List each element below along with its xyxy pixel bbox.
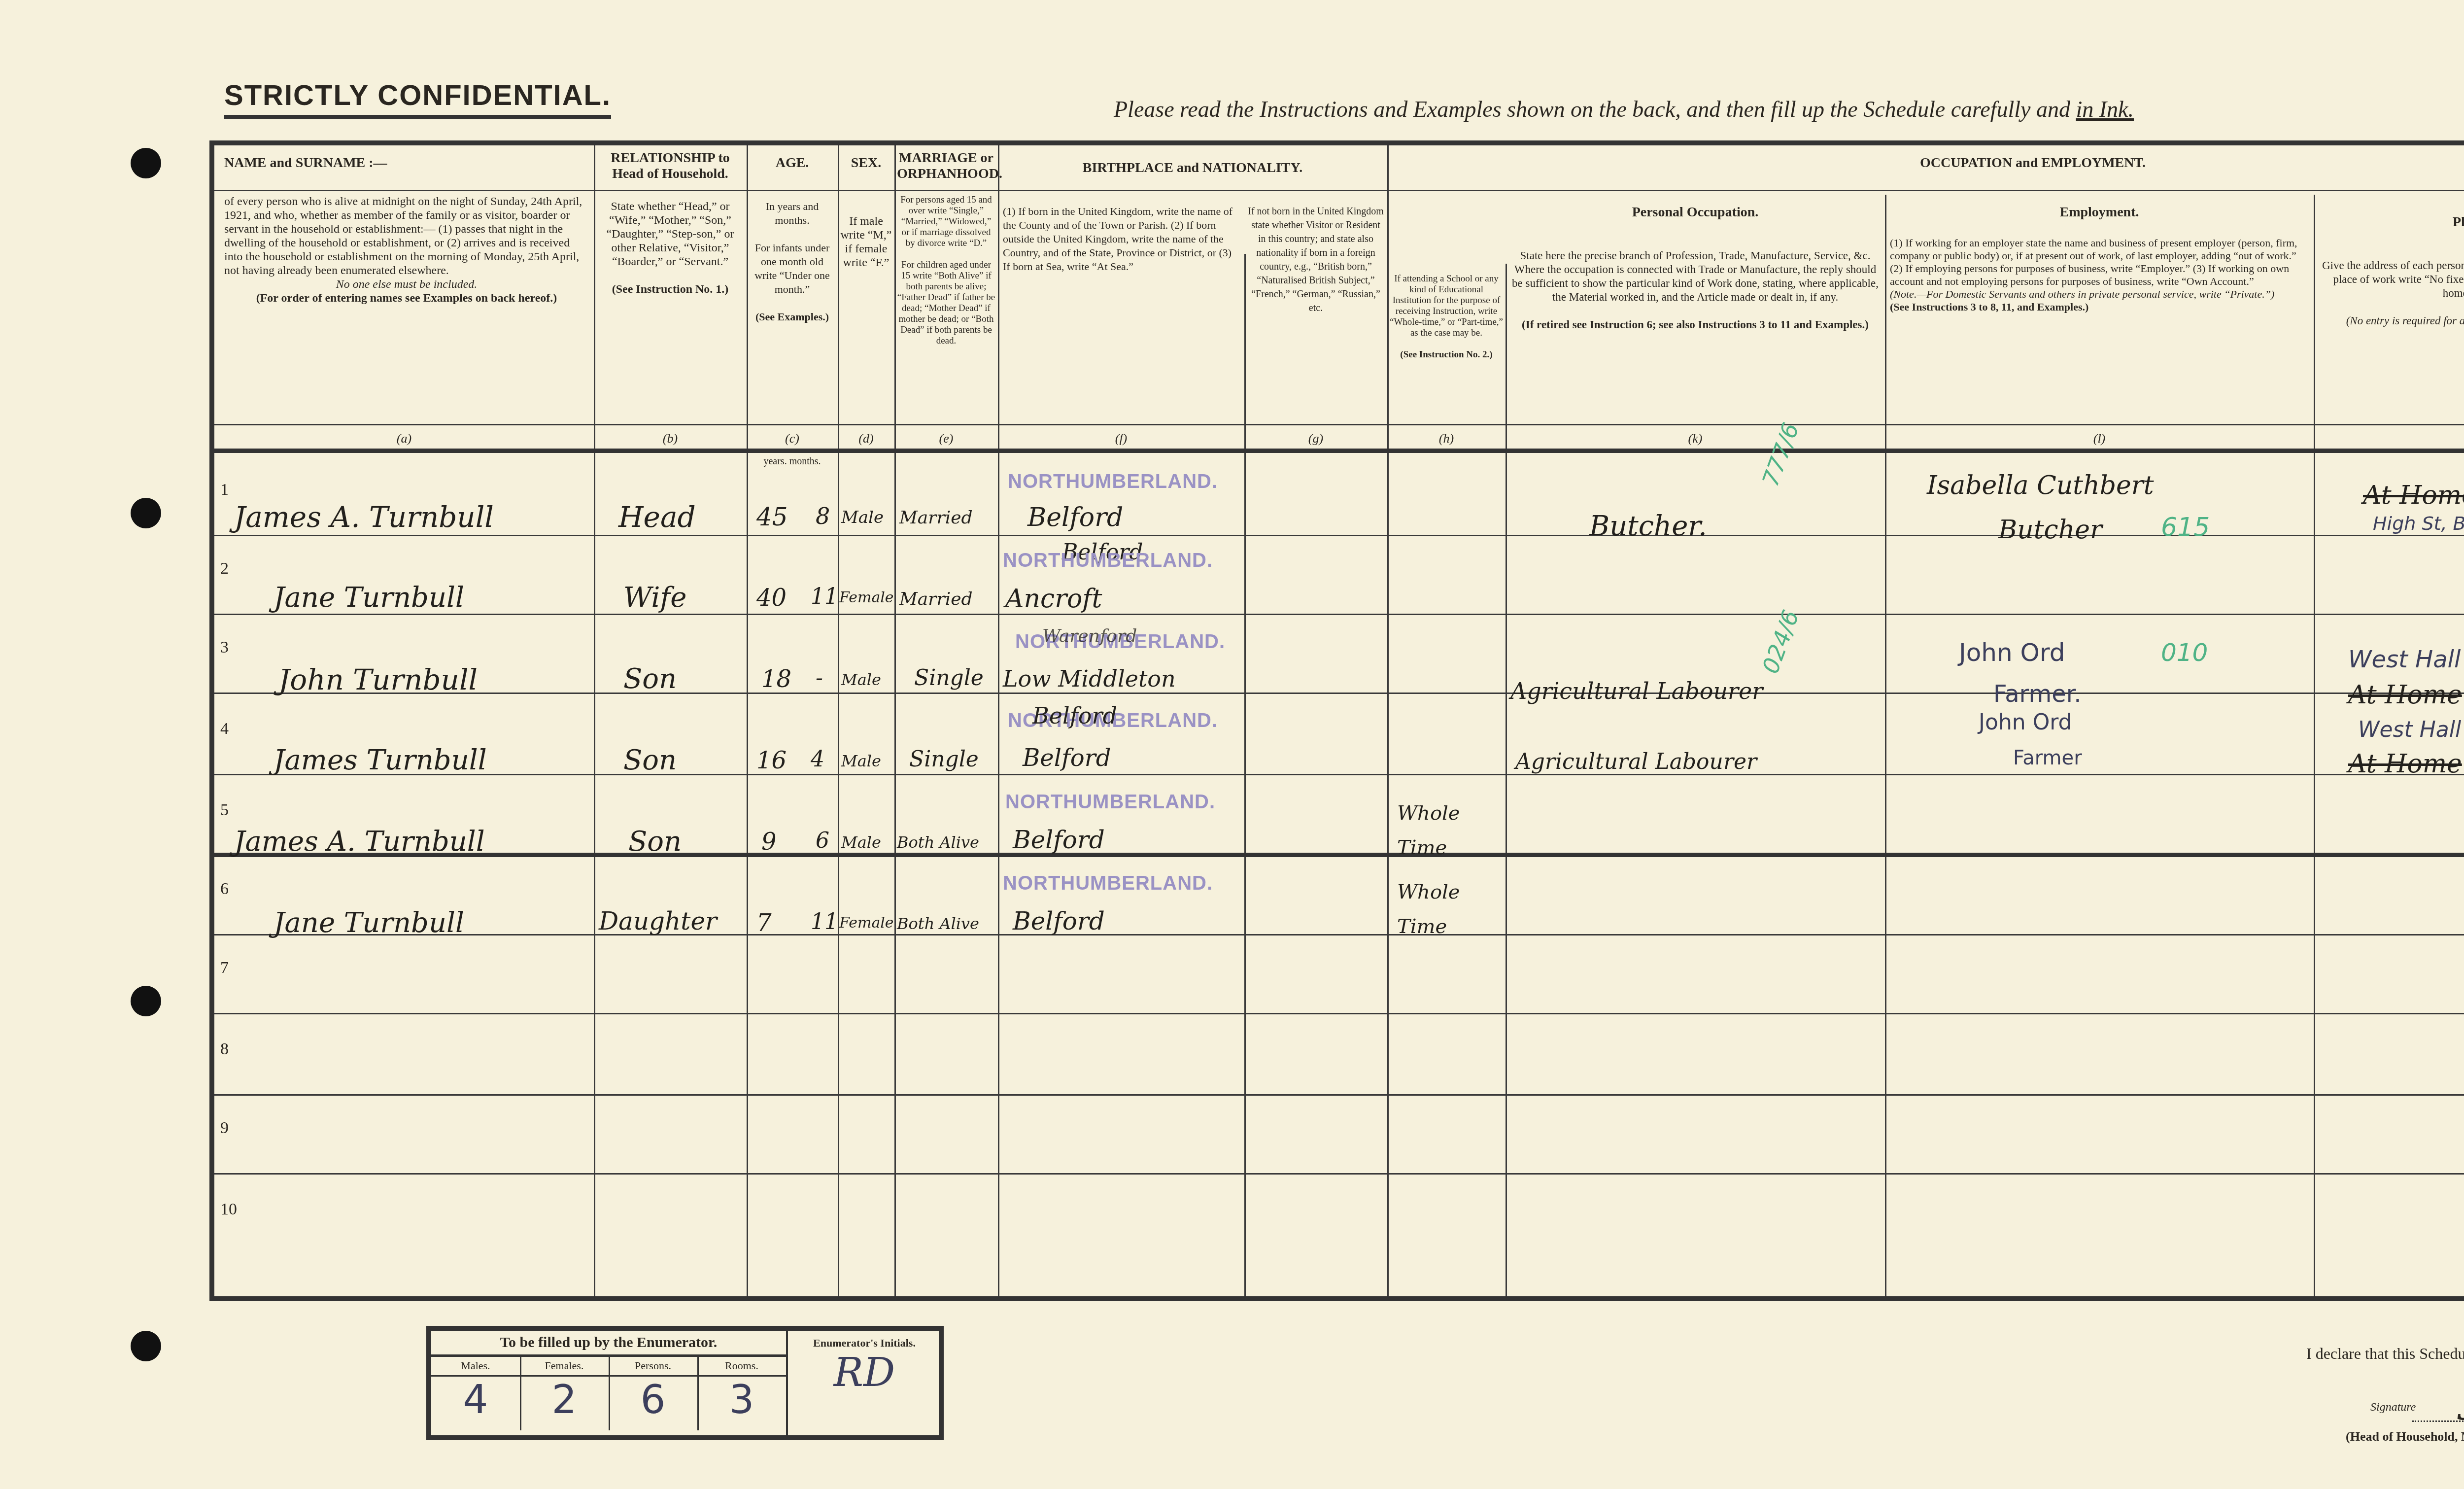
col-d-instructions: If male write “M,” if female write “F.” [840, 214, 892, 412]
age-months[interactable]: 11 [811, 584, 838, 609]
col-letter-m: (m) [2314, 431, 2464, 446]
birthplace[interactable]: Belford [1027, 503, 1123, 532]
col-c-note: For infants under one month old write “U… [749, 241, 835, 296]
col-b-instructions: State whether “Head,” or “Wife,” “Mother… [599, 200, 742, 416]
col-k-instructions: State here the precise branch of Profess… [1510, 249, 1880, 421]
age-years[interactable]: 9 [761, 828, 777, 856]
divider [214, 424, 2464, 425]
col-h-body: If attending a School or any kind of Edu… [1390, 274, 1503, 339]
county-stamp: NORTHUMBERLAND. [1003, 872, 1213, 895]
employer-business[interactable]: Farmer [2013, 747, 2082, 769]
marriage-status[interactable]: Single [914, 665, 984, 691]
place-of-work-struck[interactable]: At Home [2363, 481, 2464, 510]
sex[interactable]: Male [841, 670, 881, 689]
age-months[interactable]: 6 [816, 828, 829, 853]
instruction-text: Please read the Instructions and Example… [1114, 97, 2070, 122]
col-m-note: (No entry is required for any person who… [2321, 314, 2464, 328]
relationship[interactable]: Son [623, 744, 677, 776]
col-e-instructions: For persons aged 15 and over write “Sing… [897, 195, 995, 421]
col-c-footer: (See Examples.) [749, 310, 835, 324]
col-letter-b: (b) [594, 431, 747, 446]
sex[interactable]: Male [841, 508, 884, 527]
occupation[interactable]: Butcher. [1589, 510, 1707, 542]
persons-value[interactable]: 6 [609, 1377, 697, 1422]
personal-occupation-title: Personal Occupation. [1506, 205, 1885, 220]
age-years[interactable]: 45 [756, 503, 788, 531]
punch-hole [131, 498, 161, 528]
col-e-title: MARRIAGE or ORPHANHOOD. [897, 150, 995, 182]
row-number: 1 [220, 481, 229, 499]
employer-name[interactable]: John Ord [1959, 638, 2065, 667]
relationship[interactable]: Son [628, 826, 682, 858]
divider [1885, 195, 1886, 1296]
sex[interactable]: Female [839, 589, 894, 606]
row-divider [214, 535, 2464, 536]
col-b-title: RELATIONSHIP to Head of Household. [596, 150, 744, 182]
declaration-text: I declare that this Schedule is correctl… [2306, 1345, 2464, 1363]
document-title: STRICTLY CONFIDENTIAL. [224, 79, 611, 119]
persons-cell: Persons. 6 [609, 1356, 699, 1430]
person-name[interactable]: Jane Turnbull [274, 907, 464, 939]
col-letter-c: (c) [747, 431, 838, 446]
row-number: 7 [220, 959, 229, 977]
marriage-status[interactable]: Married [899, 508, 973, 528]
col-h-instructions: If attending a School or any kind of Edu… [1390, 274, 1503, 421]
place-of-work[interactable]: West Hall Farm [2348, 646, 2464, 673]
col-letter-f: (f) [998, 431, 1244, 446]
divider [838, 145, 839, 1296]
birthplace[interactable]: Low Middleton [1003, 665, 1176, 692]
age-months[interactable]: - [816, 665, 823, 691]
place-of-work-struck[interactable]: At Home [2348, 680, 2462, 710]
col-a-body: of every person who is alive at midnight… [224, 195, 589, 277]
row-number: 6 [220, 880, 229, 899]
col-letter-e: (e) [894, 431, 998, 446]
county-stamp: NORTHUMBERLAND. [1003, 550, 1213, 572]
age-years[interactable]: 18 [761, 665, 791, 693]
col-c-instructions: In years and months. For infants under o… [749, 200, 835, 416]
school-attendance[interactable]: Whole Time [1397, 796, 1481, 865]
row-divider [214, 774, 2464, 775]
col-h-footer: (See Instruction No. 2.) [1390, 349, 1503, 360]
age-years[interactable]: 40 [756, 584, 787, 612]
sex[interactable]: Male [841, 833, 881, 852]
marriage-status[interactable]: Married [899, 589, 973, 609]
row-number: 4 [220, 720, 229, 738]
census-form-table: NAME and SURNAME :— of every person who … [209, 140, 2464, 1301]
age-subheads: years. months. [749, 456, 835, 467]
enumerator-summary-box: To be filled up by the Enumerator. Males… [426, 1326, 944, 1440]
col-k-body: State here the precise branch of Profess… [1510, 249, 1880, 304]
birthplace[interactable]: Ancroft [1005, 584, 1102, 614]
col-a-instructions: of every person who is alive at midnight… [224, 195, 589, 392]
age-months[interactable]: 4 [811, 747, 824, 772]
col-b-body: State whether “Head,” or “Wife,” “Mother… [599, 200, 742, 269]
employer-name[interactable]: John Ord [1979, 710, 2072, 735]
males-value[interactable]: 4 [431, 1377, 520, 1422]
divider [2314, 195, 2315, 1296]
divider [998, 190, 1387, 191]
sex[interactable]: Female [839, 914, 894, 932]
col-a-footer: (For order of entering names see Example… [224, 291, 589, 305]
row-number: 3 [220, 638, 229, 657]
rooms-cell: Rooms. 3 [697, 1356, 787, 1430]
col-letter-a: (a) [214, 431, 594, 446]
sex[interactable]: Male [841, 752, 881, 770]
row-divider [214, 614, 2464, 615]
age-years[interactable]: 7 [756, 909, 772, 937]
col-e-body: For persons aged 15 and over write “Sing… [897, 195, 995, 249]
col-a-note: No one else must be included. [224, 277, 589, 291]
row-divider [214, 693, 2464, 694]
place-of-work-title: Place of Work. [2316, 214, 2464, 230]
person-name[interactable]: John Turnbull [278, 663, 478, 696]
col-l-note: (Note.—For Domestic Servants and others … [1890, 288, 2309, 301]
occupation[interactable]: Agricultural Labourer [1510, 678, 1763, 704]
col-d-title: SEX. [840, 155, 892, 171]
males-cell: Males. 4 [431, 1356, 521, 1430]
school-attendance[interactable]: Whole Time [1397, 875, 1481, 944]
signature-label: Signature [2370, 1401, 2416, 1414]
person-name[interactable]: James A. Turnbull [234, 500, 494, 534]
fill-instruction: Please read the Instructions and Example… [1114, 96, 2134, 122]
employment-code: 010 [2161, 638, 2208, 667]
rooms-label: Rooms. [697, 1356, 786, 1377]
initials-value[interactable]: RD [788, 1350, 941, 1395]
relationship[interactable]: Head [618, 500, 696, 534]
col-m-instructions: Give the address of each person's place … [2321, 259, 2464, 421]
birthplace-town[interactable]: Warenford [1042, 626, 1137, 646]
row-number: 10 [220, 1200, 237, 1219]
divider [214, 449, 2464, 453]
birthplace[interactable]: Belford [1013, 907, 1105, 935]
employer-business[interactable]: Butcher [1998, 515, 2102, 545]
rooms-value[interactable]: 3 [697, 1377, 786, 1422]
col-c-title: AGE. [749, 155, 835, 171]
signature-line [2412, 1420, 2464, 1422]
punch-hole [131, 986, 161, 1016]
col-b-footer: (See Instruction No. 1.) [599, 282, 742, 296]
col-f-instructions: (1) If born in the United Kingdom, write… [1003, 205, 1239, 416]
row-number: 2 [220, 559, 229, 578]
marriage-status[interactable]: Both Alive [897, 833, 979, 852]
col-l-footer: (See Instructions 3 to 8, 11, and Exampl… [1890, 301, 2309, 313]
divider [1506, 264, 1507, 1296]
county-stamp: NORTHUMBERLAND. [1008, 471, 1218, 493]
place-of-work[interactable]: High St, Belford. [2373, 513, 2464, 534]
relationship[interactable]: Wife [623, 582, 686, 614]
persons-label: Persons. [609, 1356, 697, 1377]
signature-note: (Head of Household, Manager of Establish… [2346, 1429, 2464, 1444]
punch-hole [131, 1331, 161, 1361]
birthplace-title: BIRTHPLACE and NATIONALITY. [1000, 160, 1385, 176]
col-letter-h: (h) [1387, 431, 1506, 446]
birthplace-town[interactable]: Belford [1032, 702, 1117, 729]
person-name[interactable]: James A. Turnbull [234, 826, 485, 858]
employment-code: 615 [2161, 513, 2210, 542]
females-value[interactable]: 2 [520, 1377, 609, 1422]
col-k-footer: (If retired see Instruction 6; see also … [1510, 318, 1880, 332]
age-years[interactable]: 16 [756, 747, 787, 774]
relationship[interactable]: Daughter [599, 907, 717, 935]
col-a-title: NAME and SURNAME :— [224, 155, 589, 171]
row-divider [214, 853, 2464, 857]
initials-label: Enumerator's Initials. [788, 1337, 941, 1350]
enumerator-initials-cell: Enumerator's Initials. RD [786, 1331, 941, 1435]
divider [998, 145, 999, 1296]
age-months[interactable]: 8 [816, 503, 830, 529]
birthplace[interactable]: Belford [1013, 826, 1105, 854]
divider [894, 145, 896, 1296]
col-c-body: In years and months. [749, 200, 835, 227]
employer-name[interactable]: Isabella Cuthbert [1927, 471, 2154, 500]
marriage-status[interactable]: Both Alive [897, 914, 979, 933]
relationship[interactable]: Son [623, 663, 677, 695]
divider [594, 145, 595, 1296]
col-m-body: Give the address of each person's place … [2321, 259, 2464, 300]
col-letter-k: (k) [1506, 431, 1885, 446]
person-name[interactable]: Jane Turnbull [274, 582, 464, 614]
females-label: Females. [520, 1356, 609, 1377]
row-number: 9 [220, 1119, 229, 1138]
county-stamp: NORTHUMBERLAND. [1005, 791, 1215, 813]
females-cell: Females. 2 [520, 1356, 610, 1430]
occupation-title: OCCUPATION and EMPLOYMENT. [1390, 155, 2464, 171]
marriage-status[interactable]: Single [909, 747, 979, 772]
row-divider [214, 1013, 2464, 1014]
row-divider [214, 934, 2464, 935]
punch-hole [131, 148, 161, 178]
occupation-code: 024/6 [1757, 606, 1804, 677]
occupation-code: 777/6 [1757, 419, 1804, 489]
col-letter-g: (g) [1244, 431, 1387, 446]
age-months[interactable]: 11 [811, 909, 838, 935]
col-g-instructions: If not born in the United Kingdom state … [1247, 205, 1385, 416]
employment-title: Employment. [1887, 205, 2311, 220]
row-number: 8 [220, 1040, 229, 1059]
person-name[interactable]: James Turnbull [274, 744, 487, 776]
col-e-note: For children aged under 15 write “Both A… [897, 260, 995, 346]
instruction-emphasis: in Ink. [2076, 97, 2134, 122]
row-divider [214, 1173, 2464, 1175]
col-letter-l: (l) [1885, 431, 2314, 446]
col-l-body: (1) If working for an employer state the… [1890, 237, 2309, 288]
occupation[interactable]: Agricultural Labourer [1515, 749, 1757, 774]
employer-business[interactable]: Farmer. [1993, 680, 2081, 708]
enumerator-box-header: To be filled up by the Enumerator. [431, 1331, 786, 1357]
row-number: 5 [220, 801, 229, 820]
place-of-work[interactable]: West Hall Farm, [2358, 717, 2464, 742]
col-l-instructions: (1) If working for an employer state the… [1890, 237, 2309, 421]
col-letter-d: (d) [838, 431, 894, 446]
divider [747, 145, 748, 1296]
males-label: Males. [431, 1356, 520, 1377]
row-divider [214, 1094, 2464, 1096]
place-of-work-struck[interactable]: At Home [2348, 749, 2462, 779]
birthplace[interactable]: Belford [1023, 744, 1111, 772]
divider [1387, 145, 1389, 1296]
